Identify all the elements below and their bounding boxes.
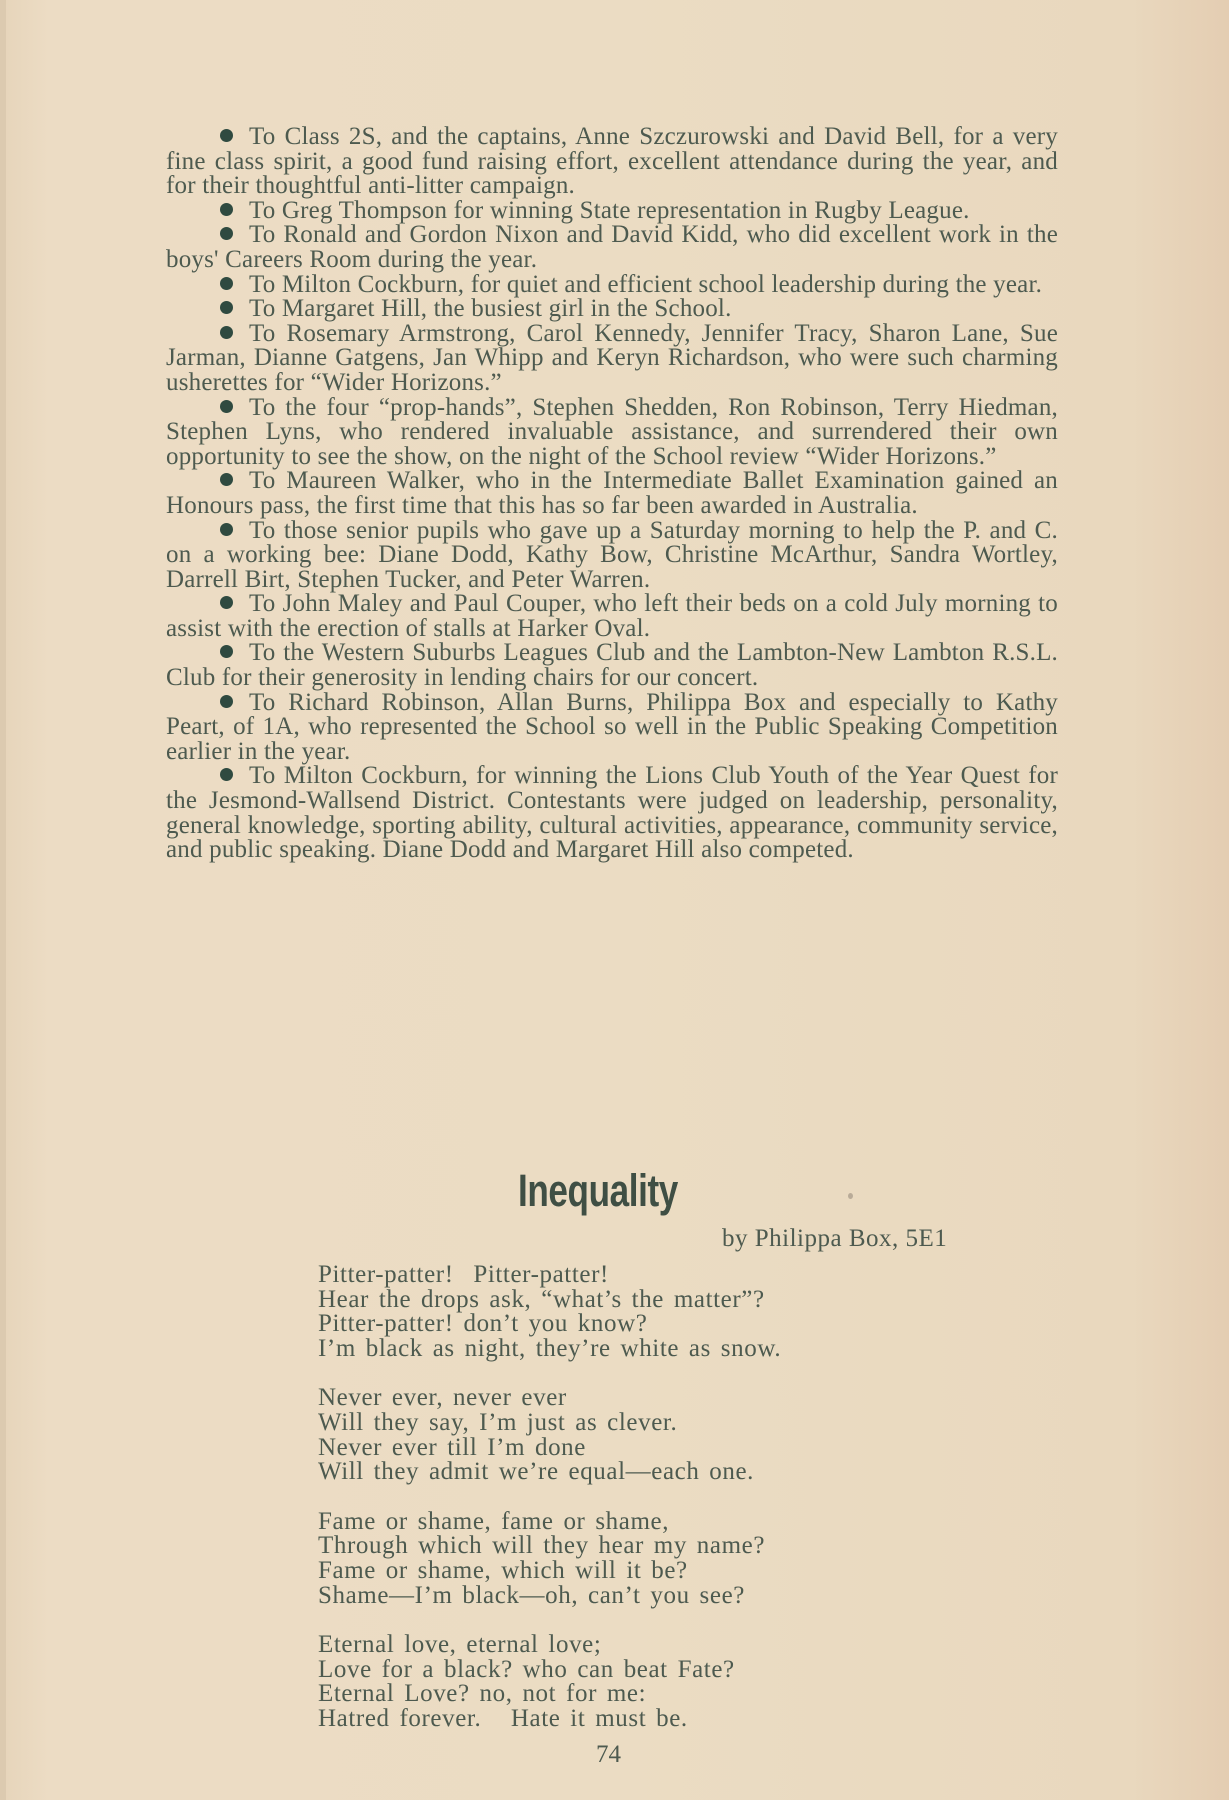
poem-byline: by Philippa Box, 5E1 <box>722 1225 947 1253</box>
acknowledgements-list: To Class 2S, and the captains, Anne Szcz… <box>166 125 1058 863</box>
poem-line: Through which will they hear my name? <box>318 1534 781 1559</box>
acknowledgement-item: To those senior pupils who gave up a Sat… <box>166 519 1058 593</box>
acknowledgement-item: To Rosemary Armstrong, Carol Kennedy, Je… <box>166 322 1058 396</box>
bullet-icon <box>220 473 233 486</box>
acknowledgement-text: To Rosemary Armstrong, Carol Kennedy, Je… <box>166 320 1058 396</box>
bullet-icon <box>220 326 233 339</box>
poem-line: Eternal Love? no, not for me: <box>318 1682 781 1707</box>
acknowledgement-item: To John Maley and Paul Couper, who left … <box>166 592 1058 641</box>
acknowledgement-item: To Milton Cockburn, for quiet and effici… <box>166 273 1058 298</box>
acknowledgement-text: To Class 2S, and the captains, Anne Szcz… <box>166 123 1058 199</box>
bullet-icon <box>220 768 233 781</box>
acknowledgement-item: To Margaret Hill, the busiest girl in th… <box>166 297 1058 322</box>
poem-line: Hear the drops ask, “what’s the matter”? <box>318 1288 781 1313</box>
acknowledgement-item: To Richard Robinson, Allan Burns, Philip… <box>166 691 1058 765</box>
page-number: 74 <box>596 1741 621 1769</box>
poem-line: Pitter-patter! Pitter-patter! <box>318 1263 781 1288</box>
poem-line: Shame—I’m black—oh, can’t you see? <box>318 1584 781 1609</box>
acknowledgement-text: To Margaret Hill, the busiest girl in th… <box>249 295 732 322</box>
bullet-icon <box>220 227 233 240</box>
poem-line: Will they admit we’re equal—each one. <box>318 1460 781 1485</box>
acknowledgement-item: To Class 2S, and the captains, Anne Szcz… <box>166 125 1058 199</box>
bullet-icon <box>220 400 233 413</box>
poem-line: Hatred forever. Hate it must be. <box>318 1707 781 1732</box>
page: To Class 2S, and the captains, Anne Szcz… <box>0 0 1229 1800</box>
acknowledgement-text: To Milton Cockburn, for winning the Lion… <box>166 762 1058 863</box>
poem-line: Never ever, never ever <box>318 1386 781 1411</box>
poem-body: Pitter-patter! Pitter-patter! Hear the d… <box>318 1263 781 1757</box>
poem-line: Fame or shame, which will it be? <box>318 1559 781 1584</box>
bullet-icon <box>220 203 233 216</box>
acknowledgement-text: To Milton Cockburn, for quiet and effici… <box>249 271 1042 298</box>
poem-line: Pitter-patter! don’t you know? <box>318 1312 781 1337</box>
bullet-icon <box>220 523 233 536</box>
bullet-icon <box>220 301 233 314</box>
acknowledgement-text: To Richard Robinson, Allan Burns, Philip… <box>166 689 1058 765</box>
acknowledgement-text: To those senior pupils who gave up a Sat… <box>166 517 1058 593</box>
poem-stanza: Never ever, never ever Will they say, I’… <box>318 1386 781 1484</box>
acknowledgement-item: To Ronald and Gordon Nixon and David Kid… <box>166 223 1058 272</box>
acknowledgement-text: To Ronald and Gordon Nixon and David Kid… <box>166 221 1058 273</box>
poem-line: Will they say, I’m just as clever. <box>318 1411 781 1436</box>
acknowledgement-item: To Maureen Walker, who in the Intermedia… <box>166 469 1058 518</box>
poem-stanza: Eternal love, eternal love; Love for a b… <box>318 1633 781 1731</box>
acknowledgement-item: To the Western Suburbs Leagues Club and … <box>166 641 1058 690</box>
acknowledgement-text: To Maureen Walker, who in the Intermedia… <box>166 467 1058 519</box>
bullet-icon <box>220 277 233 290</box>
acknowledgement-text: To John Maley and Paul Couper, who left … <box>166 590 1058 642</box>
poem-line: I’m black as night, they’re white as sno… <box>318 1337 781 1362</box>
acknowledgement-text: To the four “prop-hands”, Stephen Shedde… <box>166 394 1058 470</box>
poem-title: Inequality <box>518 1165 678 1217</box>
acknowledgement-item: To Milton Cockburn, for winning the Lion… <box>166 764 1058 862</box>
acknowledgement-text: To Greg Thompson for winning State repre… <box>249 197 970 224</box>
bullet-icon <box>220 596 233 609</box>
acknowledgement-item: To the four “prop-hands”, Stephen Shedde… <box>166 396 1058 470</box>
acknowledgement-item: To Greg Thompson for winning State repre… <box>166 199 1058 224</box>
acknowledgement-text: To the Western Suburbs Leagues Club and … <box>166 639 1058 691</box>
bullet-icon <box>220 129 233 142</box>
bullet-icon <box>220 695 233 708</box>
poem-line: Never ever till I’m done <box>318 1436 781 1461</box>
poem-stanza: Pitter-patter! Pitter-patter! Hear the d… <box>318 1263 781 1361</box>
print-speck <box>848 1193 853 1199</box>
bullet-icon <box>220 645 233 658</box>
poem-line: Fame or shame, fame or shame, <box>318 1510 781 1535</box>
poem-line: Eternal love, eternal love; <box>318 1633 781 1658</box>
poem-stanza: Fame or shame, fame or shame, Through wh… <box>318 1510 781 1608</box>
poem-line: Love for a black? who can beat Fate? <box>318 1658 781 1683</box>
